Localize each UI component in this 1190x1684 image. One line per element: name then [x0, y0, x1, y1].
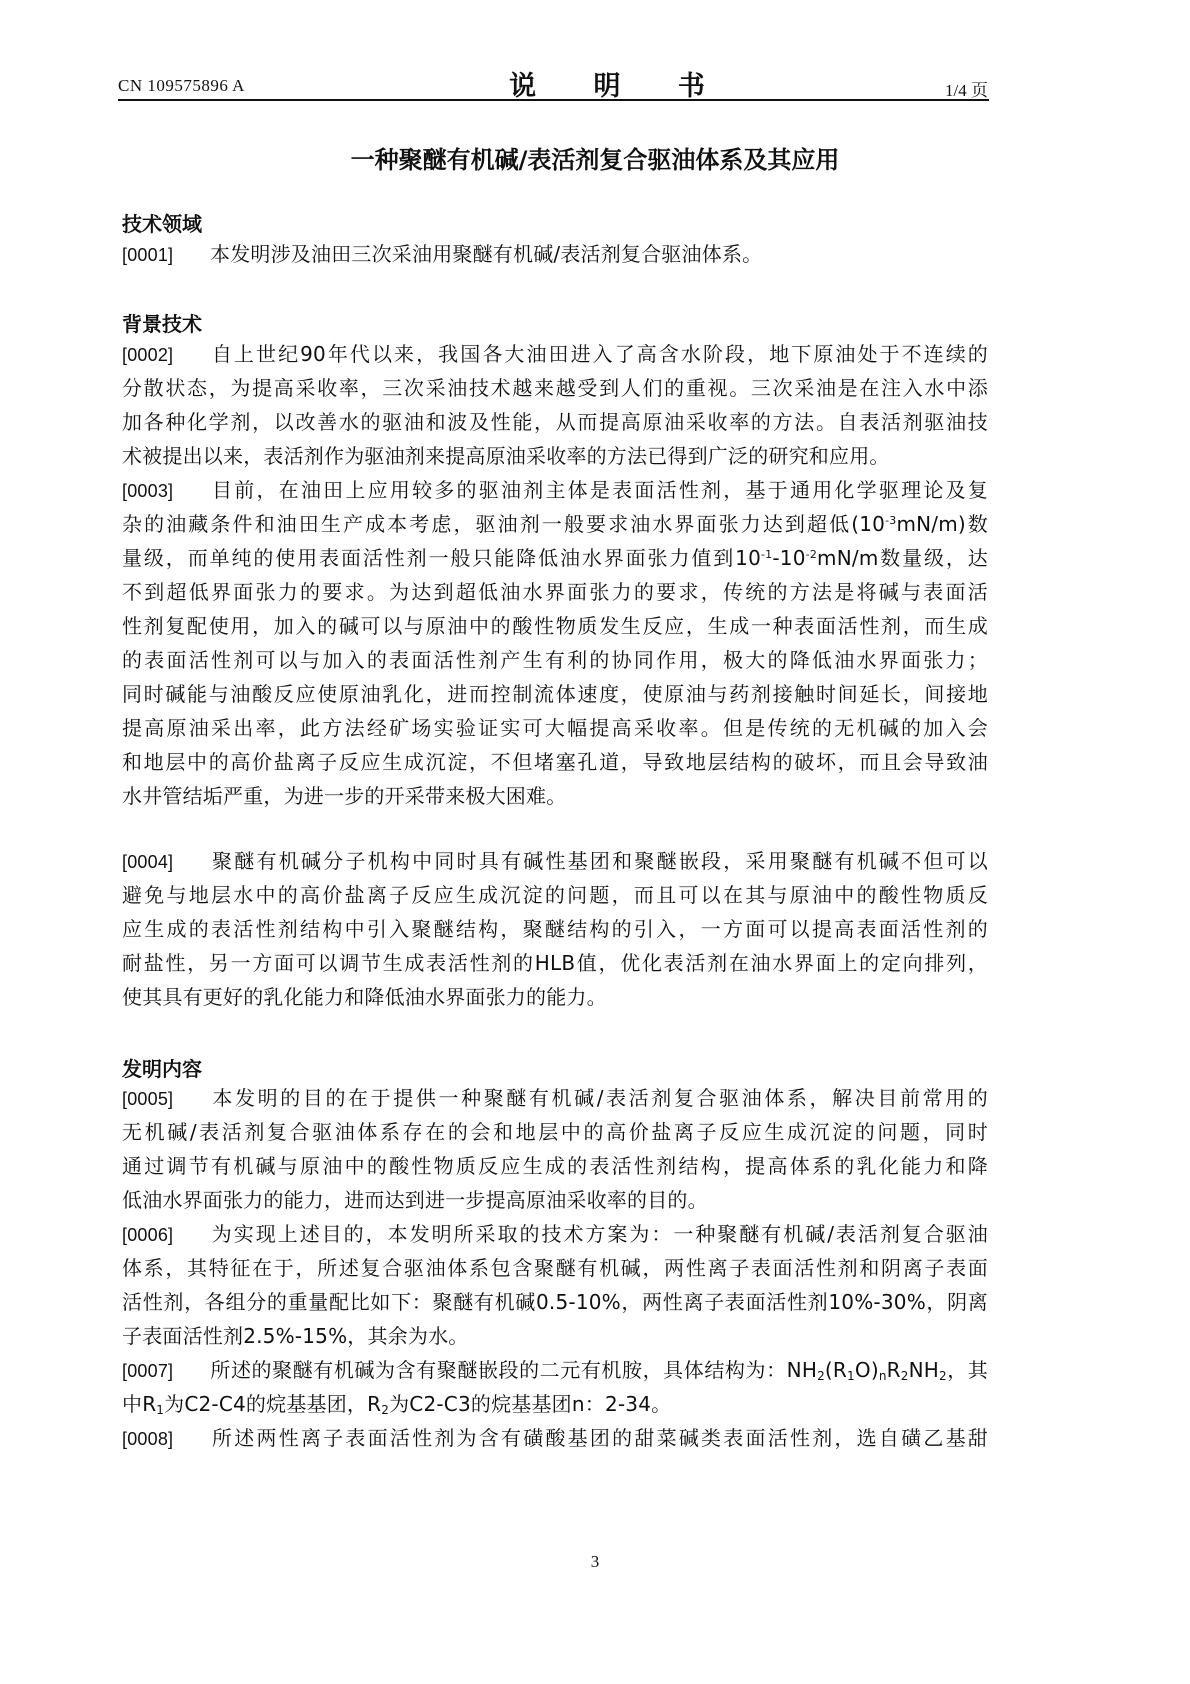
page-indicator: 1/4 页 — [945, 76, 988, 101]
paragraph-0003-line: 量级，而单纯的使用表面活性剂一般只能降低油水界面张力值到10-1-10-2mN/… — [122, 546, 988, 570]
paragraph-0005-line: [0005]本发明的目的在于提供一种聚醚有机碱/表活剂复合驱油体系，解决目前常用… — [122, 1086, 988, 1111]
paragraph-0003-line: 同时碱能与油酸反应使原油乳化，进而控制流体速度，使原油与药剂接触时间延长，间接地 — [122, 682, 988, 706]
paragraph-0001-line: [0001]本发明涉及油田三次采油用聚醚有机碱/表活剂复合驱油体系。 — [122, 242, 988, 267]
paragraph-0003-line: 提高原油采出率，此方法经矿场实验证实可大幅提高采收率。但是传统的无机碱的加入会 — [122, 716, 988, 740]
paragraph-0005-line: 通过调节有机碱与原油中的酸性物质反应生成的表活性剂结构，提高体系的乳化能力和降 — [122, 1154, 988, 1178]
paragraph-0005-line: 低油水界面张力的能力，进而达到进一步提高原油采收率的目的。 — [122, 1188, 988, 1212]
paragraph-0007-line: [0007]所述的聚醚有机碱为含有聚醚嵌段的二元有机胺，具体结构为：NH2(R1… — [122, 1358, 988, 1383]
paragraph-number: [0001] — [122, 243, 210, 267]
paragraph-0006-line: 活性剂，各组分的重量配比如下：聚醚有机碱0.5-10%，两性离子表面活性剂10%… — [122, 1290, 988, 1314]
paragraph-number: [0008] — [122, 1427, 210, 1451]
paragraph-0003-line: 不到超低界面张力的要求。为达到超低油水界面张力的要求，传统的方法是将碱与表面活 — [122, 580, 988, 604]
paragraph-number: [0004] — [122, 850, 210, 874]
paragraph-number: [0005] — [122, 1087, 210, 1111]
paragraph-0003-line: 杂的油藏条件和油田生产成本考虑，驱油剂一般要求油水界面张力达到超低(10-3mN… — [122, 512, 988, 536]
paragraph-number: [0006] — [122, 1223, 210, 1247]
header-divider — [118, 99, 989, 101]
paragraph-0002-line: 术被提出以来，表活剂作为驱油剂来提高原油采收率的方法已得到广泛的研究和应用。 — [122, 444, 988, 468]
paragraph-0003-line: 性剂复配使用，加入的碱可以与原油中的酸性物质发生反应，生成一种表面活性剂，而生成 — [122, 614, 988, 638]
paragraph-number: [0002] — [122, 343, 210, 367]
paragraph-number: [0003] — [122, 479, 210, 503]
paragraph-0004-line: 耐盐性，另一方面可以调节生成表活性剂的HLB值，优化表活剂在油水界面上的定向排列… — [122, 951, 988, 975]
paragraph-0008-line: [0008]所述两性离子表面活性剂为含有磺酸基团的甜菜碱类表面活性剂，选自磺乙基… — [122, 1426, 988, 1451]
paragraph-0002-line: [0002]自上世纪90年代以来，我国各大油田进入了高含水阶段，地下原油处于不连… — [122, 342, 988, 367]
document-title: 一种聚醚有机碱/表活剂复合驱油体系及其应用 — [0, 140, 1190, 175]
paragraph-number: [0007] — [122, 1359, 210, 1383]
paragraph-0002-line: 加各种化学剂，以改善水的驱油和波及性能，从而提高原油采收率的方法。自表活剂驱油技 — [122, 410, 988, 434]
paragraph-0006-line: 体系，其特征在于，所述复合驱油体系包含聚醚有机碱，两性离子表面活性剂和阴离子表面 — [122, 1256, 988, 1280]
paragraph-0007-line: 中R1为C2-C4的烷基基团，R2为C2-C3的烷基基团n：2-34。 — [122, 1392, 988, 1416]
paragraph-0004-line: 应生成的表活性剂结构中引入聚醚结构，聚醚结构的引入，一方面可以提高表面活性剂的 — [122, 917, 988, 941]
paragraph-0004-line: [0004]聚醚有机碱分子机构中同时具有碱性基团和聚醚嵌段，采用聚醚有机碱不但可… — [122, 849, 988, 874]
paragraph-0002-line: 分散状态，为提高采收率，三次采油技术越来越受到人们的重视。三次采油是在注入水中添 — [122, 376, 988, 400]
section-heading-background: 背景技术 — [122, 308, 202, 337]
paragraph-0003-line: [0003]目前，在油田上应用较多的驱油剂主体是表面活性剂，基于通用化学驱理论及… — [122, 478, 988, 503]
paragraph-0003-line: 的表面活性剂可以与加入的表面活性剂产生有利的协同作用，极大的降低油水界面张力； — [122, 648, 988, 672]
page-number: 3 — [0, 1552, 1190, 1572]
paragraph-0006-line: 子表面活性剂2.5%-15%，其余为水。 — [122, 1324, 988, 1348]
document-type: 说 明 书 — [0, 64, 1190, 103]
section-heading-tech-field: 技术领域 — [122, 208, 202, 237]
section-heading-invention: 发明内容 — [122, 1053, 202, 1082]
paragraph-0005-line: 无机碱/表活剂复合驱油体系存在的会和地层中的高价盐离子反应生成沉淀的问题，同时 — [122, 1120, 988, 1144]
paragraph-0006-line: [0006]为实现上述目的，本发明所采取的技术方案为：一种聚醚有机碱/表活剂复合… — [122, 1222, 988, 1247]
paragraph-0003-line: 和地层中的高价盐离子反应生成沉淀，不但堵塞孔道，导致地层结构的破坏，而且会导致油 — [122, 750, 988, 774]
paragraph-0004-line: 避免与地层水中的高价盐离子反应生成沉淀的问题，而且可以在其与原油中的酸性物质反 — [122, 883, 988, 907]
paragraph-0003-line: 水井管结垢严重，为进一步的开采带来极大困难。 — [122, 784, 988, 808]
paragraph-0004-line: 使其具有更好的乳化能力和降低油水界面张力的能力。 — [122, 985, 988, 1009]
